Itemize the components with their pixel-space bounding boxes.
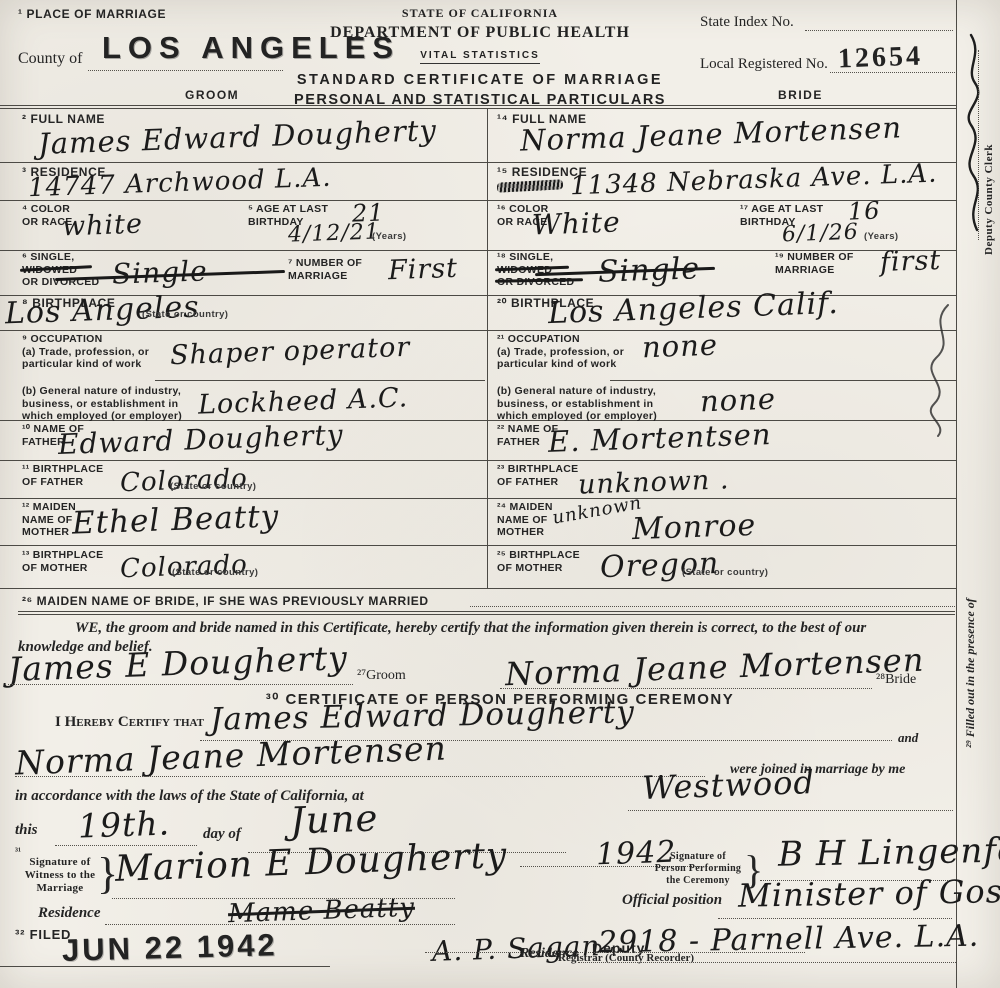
state-title: STATE OF CALIFORNIA: [280, 6, 680, 21]
groom-years-hint: (Years): [372, 231, 407, 242]
bride-residence-value: 11348 Nebraska Ave. L.A.: [570, 159, 938, 202]
rule: [15, 776, 705, 777]
day-of-label: day of: [203, 826, 241, 843]
bride-mother-birthplace-value: Oregon: [599, 546, 719, 585]
groom-mother-maiden-label: ¹² MAIDEN NAME OF MOTHER: [22, 501, 76, 539]
scribbled-word: [497, 179, 563, 192]
groom-occupation-b-label: (b) General nature of industry, business…: [22, 385, 182, 423]
state-index-label: State Index No.: [700, 14, 794, 31]
bride-father-birthplace-label: ²³ BIRTHPLACE OF FATHER: [497, 463, 578, 488]
maiden-name-bride-label: ²⁶ MAIDEN NAME OF BRIDE, IF SHE WAS PREV…: [22, 595, 429, 608]
rule: [610, 380, 956, 381]
witness-label: Signature of Witness to the Marriage: [22, 856, 98, 895]
groom-number-marriage-value: First: [387, 253, 458, 286]
bride-signature-line: [500, 688, 872, 689]
pen-flourish: [908, 300, 960, 440]
groom-mother-birthplace-hint: (State or country): [172, 567, 258, 578]
officiant-residence-label: Residence: [520, 946, 578, 962]
filled-out-label: ²⁹ Filled out in the presence of: [963, 598, 978, 748]
groom-signature-label: ²⁷Groom: [357, 668, 406, 684]
officiant-label: Signature of Person Performing the Cerem…: [652, 851, 744, 887]
groom-number-marriage-label: ⁷ NUMBER OF MARRIAGE: [288, 257, 362, 282]
bride-occupation-b-label: (b) General nature of industry, business…: [497, 385, 657, 423]
vital-statistics-label: VITAL STATISTICS: [420, 50, 540, 64]
filed-date-stamp: JUN 22 1942: [62, 927, 279, 969]
groom-father-birthplace-label: ¹¹ BIRTHPLACE OF FATHER: [22, 463, 103, 488]
rule: [0, 200, 956, 201]
bride-father-birthplace-value: unknown .: [578, 464, 730, 500]
deputy-county-clerk-label: Deputy County Clerk: [983, 144, 995, 255]
ceremony-bride-name: Norma Jeane Mortensen: [14, 728, 447, 782]
bride-father-name-value: E. Mortentsen: [547, 417, 772, 459]
rule: [470, 606, 955, 607]
and-label: and: [898, 730, 918, 746]
hereby-certify-label: I Hereby Certify that: [55, 714, 204, 731]
groom-column-header: GROOM: [185, 89, 239, 102]
place-of-marriage-label: ¹ PLACE OF MARRIAGE: [18, 8, 166, 21]
header-center: STATE OF CALIFORNIA DEPARTMENT OF PUBLIC…: [280, 6, 680, 108]
rule: [155, 380, 485, 381]
groom-occupation-a-label: ⁹ OCCUPATION (a) Trade, profession, or p…: [22, 333, 149, 371]
groom-birthplace-hint: (State or country): [142, 309, 228, 320]
state-index-line: [805, 30, 953, 31]
rule: [0, 330, 956, 331]
rule: [0, 498, 956, 499]
groom-father-birthplace-hint: (State or country): [170, 481, 256, 492]
county-label: County of: [18, 50, 82, 68]
rule: [0, 108, 956, 109]
bride-occupation-b-value: none: [699, 382, 776, 419]
groom-mother-maiden-value: Ethel Beatty: [71, 498, 279, 541]
bride-occupation-a-label: ²¹ OCCUPATION (a) Trade, profession, or …: [497, 333, 624, 371]
certificate-title: STANDARD CERTIFICATE OF MARRIAGE: [280, 72, 680, 88]
bride-number-marriage-value: first: [879, 245, 941, 278]
officiant-residence-line: [578, 962, 956, 963]
column-divider: [487, 108, 488, 588]
bride-signature: Norma Jeane Mortensen: [504, 641, 924, 694]
groom-occupation-b-value: Lockheed A.C.: [198, 382, 409, 420]
bride-mother-birthplace-label: ²⁵ BIRTHPLACE OF MOTHER: [497, 549, 580, 574]
rule: [0, 588, 956, 589]
clerk-signature-line: [978, 50, 979, 240]
ceremony-day-value: 19th.: [77, 803, 170, 845]
rule: [0, 460, 956, 461]
this-label: this: [15, 822, 38, 839]
local-registered-number: 12654: [837, 41, 923, 76]
ceremony-month-value: June: [289, 796, 379, 842]
official-position-value: Minister of Gospel: [738, 871, 1000, 915]
rule: [628, 810, 953, 811]
certification-line1: WE, the groom and bride named in this Ce…: [75, 620, 866, 637]
rule: [18, 614, 955, 615]
local-registered-line: [830, 72, 955, 73]
rule: [18, 611, 955, 612]
officiant-residence-value: 2918 - Parnell Ave. L.A.: [598, 919, 980, 961]
groom-occupation-a-value: Shaper operator: [170, 332, 411, 371]
rule: [0, 966, 330, 967]
groom-birthdate-value: 4/12/21: [288, 219, 381, 247]
bride-number-marriage-label: ¹⁹ NUMBER OF MARRIAGE: [775, 251, 854, 276]
rule: [0, 105, 956, 106]
witness-residence-label: Residence: [38, 905, 100, 922]
department-title: DEPARTMENT OF PUBLIC HEALTH: [280, 24, 680, 42]
bride-mother-maiden-label: ²⁴ MAIDEN NAME OF MOTHER: [497, 501, 553, 539]
witness-sup: ³¹: [15, 846, 21, 857]
bride-mother-maiden-value: Monroe: [631, 508, 756, 547]
official-position-label: Official position: [622, 892, 722, 909]
bride-mother-birthplace-hint: (State or country): [682, 567, 768, 578]
groom-signature-line: [8, 684, 353, 685]
local-registered-label: Local Registered No.: [700, 56, 828, 73]
bride-birthplace-value: Los Angeles Calif.: [547, 286, 839, 331]
groom-father-name-value: Edward Dougherty: [58, 418, 345, 461]
certificate-sheet: ¹ PLACE OF MARRIAGE County of LOS ANGELE…: [0, 0, 1000, 988]
bride-occupation-a-value: none: [641, 328, 718, 365]
bride-color-value: White: [531, 205, 621, 241]
groom-color-value: white: [61, 209, 143, 243]
bride-years-hint: (Years): [864, 231, 899, 242]
bride-column-header: BRIDE: [778, 89, 823, 102]
witness-signature: Marion E Dougherty: [114, 835, 508, 890]
rule: [0, 545, 956, 546]
officiant-signature: B H Lingenfelder: [778, 829, 1000, 874]
county-line: [88, 70, 283, 71]
ceremony-place-value: Westwood: [641, 763, 815, 807]
bride-birthdate-value: 6/1/26: [782, 220, 860, 248]
groom-mother-birthplace-label: ¹³ BIRTHPLACE OF MOTHER: [22, 549, 103, 574]
bride-signature-label: ²⁸Bride: [876, 672, 916, 688]
